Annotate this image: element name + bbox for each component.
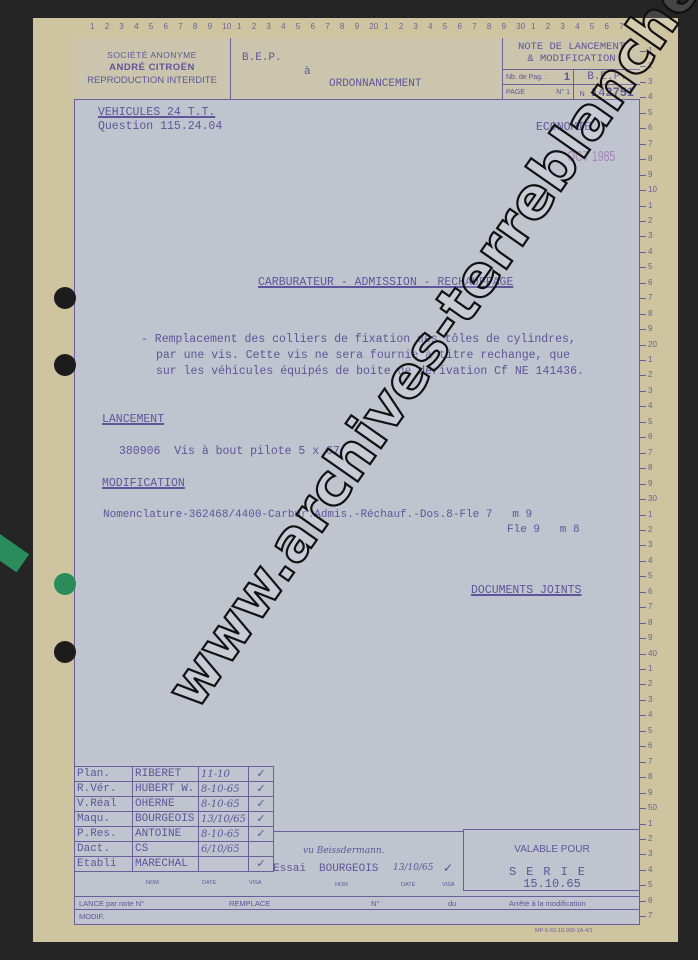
company-block: SOCIÉTÉ ANONYME ANDRÉ CITROËN REPRODUCTI… xyxy=(74,38,231,100)
col-date-label: DATE xyxy=(202,880,216,886)
ruler-tick: 5 xyxy=(648,726,652,735)
ruler-tick: 4 xyxy=(648,401,652,410)
ruler-tick: 7 xyxy=(648,602,652,611)
ruler-tick: 2 xyxy=(399,22,403,31)
signature-visa xyxy=(248,842,273,857)
ruler-tick: 9 xyxy=(648,479,652,488)
ruler-tick: 9 xyxy=(648,170,652,179)
ruler-tick: 30 xyxy=(516,22,525,31)
signature-date: 6/10/65 xyxy=(199,842,249,857)
col-visa-label: VISA xyxy=(442,882,455,888)
modification-heading: MODIFICATION xyxy=(102,477,185,490)
company-type: SOCIÉTÉ ANONYME xyxy=(74,50,230,60)
ruler-right: 1234567891012345678920123456789301234567… xyxy=(642,38,672,925)
signature-role: Maqu. xyxy=(75,812,133,827)
print-code: MP-5-63-10.000-1A-4/1 xyxy=(535,928,593,934)
signature-visa: ✓ xyxy=(248,782,273,797)
ruler-tick: 2 xyxy=(648,525,652,534)
essai-role: Essai xyxy=(273,863,306,875)
signature-row: V.RéalOHERNE8-10-65✓ xyxy=(75,797,274,812)
ruler-tick: 1 xyxy=(648,510,652,519)
punch-hole xyxy=(54,641,76,663)
signature-row: R.Vér.HUBERT W.8-10-65✓ xyxy=(75,782,274,797)
ruler-tick: 9 xyxy=(648,788,652,797)
ruler-tick: 5 xyxy=(590,22,594,31)
ruler-tick: 6 xyxy=(648,278,652,287)
ruler-tick: 3 xyxy=(560,22,564,31)
green-tab xyxy=(0,520,29,572)
ruler-tick: 7 xyxy=(648,911,652,920)
ruler-tick: 7 xyxy=(648,757,652,766)
ruler-tick: 8 xyxy=(648,309,652,318)
essai-note: vu Beissdermann. xyxy=(303,846,385,856)
ruler-tick: 8 xyxy=(487,22,491,31)
ruler-tick: 5 xyxy=(296,22,300,31)
ruler-tick: 5 xyxy=(648,417,652,426)
signature-name: OHERNE xyxy=(133,797,199,812)
ruler-tick: 4 xyxy=(648,865,652,874)
footer-lance-row: LANCE par note N° REMPLACE N° du Arrêté … xyxy=(74,896,640,909)
ruler-tick: 1 xyxy=(531,22,535,31)
ruler-tick: 1 xyxy=(237,22,241,31)
ruler-tick: 3 xyxy=(648,540,652,549)
col-nom-label: NOM xyxy=(335,882,348,888)
signature-name: MARECHAL xyxy=(133,857,199,872)
description-line: par une vis. Cette vis ne sera fournie à… xyxy=(156,349,570,362)
company-name: ANDRÉ CITROËN xyxy=(74,62,230,73)
signature-name: CS xyxy=(133,842,199,857)
sender-dept: B.E.P. xyxy=(242,52,282,64)
lancement-item: 380906 Vis à bout pilote 5 x 67 xyxy=(119,445,340,458)
modif-label: MODIF. xyxy=(79,912,104,921)
signature-name: HUBERT W. xyxy=(133,782,199,797)
ruler-tick: 9 xyxy=(648,324,652,333)
essai-block: vu Beissdermann. Essai BOURGEOIS 13/10/6… xyxy=(273,831,463,888)
ruler-tick: 9 xyxy=(355,22,359,31)
ruler-tick: 5 xyxy=(648,571,652,580)
ruler-tick: 1 xyxy=(90,22,94,31)
signature-visa: ✓ xyxy=(248,797,273,812)
serie-date: 15.10.65 xyxy=(464,877,640,891)
signature-row: P.Res.ANTOINE8-10-65✓ xyxy=(75,827,274,842)
ruler-tick: 9 xyxy=(648,633,652,642)
ruler-tick: 20 xyxy=(648,340,657,349)
signature-date xyxy=(199,857,249,872)
essai-date: 13/10/65 xyxy=(393,863,433,873)
ruler-tick: 6 xyxy=(648,896,652,905)
ruler-tick: 7 xyxy=(648,139,652,148)
ruler-tick: 7 xyxy=(472,22,476,31)
essai-name: BOURGEOIS xyxy=(319,863,378,875)
ruler-tick: 3 xyxy=(266,22,270,31)
signature-role: Plan. xyxy=(75,767,133,782)
ruler-tick: 6 xyxy=(164,22,168,31)
description-line: - Remplacement des colliers de fixation … xyxy=(141,333,576,346)
ruler-tick: 1 xyxy=(648,819,652,828)
signature-row: Dact.CS6/10/65 xyxy=(75,842,274,857)
ruler-tick: 6 xyxy=(648,587,652,596)
signature-role: R.Vér. xyxy=(75,782,133,797)
signature-row: Plan.RIBERET11-10✓ xyxy=(75,767,274,782)
ruler-tick: 9 xyxy=(502,22,506,31)
ruler-tick: 1 xyxy=(648,664,652,673)
col-visa-label: VISA xyxy=(249,880,262,886)
ruler-tick: 4 xyxy=(648,247,652,256)
signature-date: 8-10-65 xyxy=(199,797,249,812)
ruler-tick: 4 xyxy=(281,22,285,31)
ruler-tick: 2 xyxy=(648,834,652,843)
ruler-tick: 9 xyxy=(208,22,212,31)
ruler-tick: 2 xyxy=(252,22,256,31)
page-label: PAGE xyxy=(506,89,525,96)
valable-label: VALABLE POUR xyxy=(464,844,640,855)
nb-pages-value: 1 xyxy=(564,71,570,83)
ruler-tick: 3 xyxy=(413,22,417,31)
ruler-tick: 8 xyxy=(193,22,197,31)
signature-visa: ✓ xyxy=(248,812,273,827)
ruler-tick: 7 xyxy=(325,22,329,31)
nomenclature-line: Fle 9 m 8 xyxy=(507,524,580,536)
ruler-tick: 5 xyxy=(648,108,652,117)
recipient-dept: ORDONNANCEMENT xyxy=(329,78,421,90)
lancement-heading: LANCEMENT xyxy=(102,413,164,426)
ruler-tick: 50 xyxy=(648,803,657,812)
vehicle-heading: VEHICULES 24 T.T. xyxy=(98,106,215,119)
signature-visa: ✓ xyxy=(248,827,273,842)
signature-row: EtabliMARECHAL✓ xyxy=(75,857,274,872)
signature-visa: ✓ xyxy=(248,857,273,872)
signature-role: V.Réal xyxy=(75,797,133,812)
signature-role: Dact. xyxy=(75,842,133,857)
ruler-tick: 8 xyxy=(648,772,652,781)
to-prefix: à xyxy=(304,66,311,78)
ruler-tick: 1 xyxy=(648,201,652,210)
ruler-tick: 5 xyxy=(443,22,447,31)
ruler-tick: 8 xyxy=(340,22,344,31)
ruler-tick: 8 xyxy=(648,154,652,163)
essai-visa: ✓ xyxy=(443,861,453,876)
signature-table: Plan.RIBERET11-10✓R.Vér.HUBERT W.8-10-65… xyxy=(74,766,274,872)
ruler-tick: 4 xyxy=(648,710,652,719)
signature-name: RIBERET xyxy=(133,767,199,782)
documents-joints-heading: DOCUMENTS JOINTS xyxy=(471,584,581,597)
ruler-tick: 4 xyxy=(428,22,432,31)
ruler-tick: 2 xyxy=(648,216,652,225)
ruler-tick: 10 xyxy=(648,185,657,194)
signature-row: Maqu.BOURGEOIS13/10/65✓ xyxy=(75,812,274,827)
signature-visa: ✓ xyxy=(248,767,273,782)
ruler-tick: 20 xyxy=(369,22,378,31)
ruler-tick: 6 xyxy=(458,22,462,31)
punch-hole-green xyxy=(54,573,76,595)
ruler-tick: 8 xyxy=(648,618,652,627)
signature-date: 8-10-65 xyxy=(199,827,249,842)
ruler-tick: 1 xyxy=(648,355,652,364)
ruler-tick: 7 xyxy=(648,448,652,457)
ruler-tick: 6 xyxy=(311,22,315,31)
ruler-tick: 2 xyxy=(648,370,652,379)
ruler-tick: 1 xyxy=(384,22,388,31)
ruler-tick: 3 xyxy=(119,22,123,31)
ruler-tick: 2 xyxy=(546,22,550,31)
ruler-tick: 3 xyxy=(648,695,652,704)
ruler-tick: 2 xyxy=(105,22,109,31)
ruler-tick: 6 xyxy=(648,123,652,132)
ruler-tick: 30 xyxy=(648,494,657,503)
ruler-tick: 40 xyxy=(648,649,657,658)
col-date-label: DATE xyxy=(401,882,415,888)
lance-label: LANCE par note N° xyxy=(79,899,144,908)
ruler-tick: 3 xyxy=(648,849,652,858)
signature-date: 13/10/65 xyxy=(199,812,249,827)
signature-name: BOURGEOIS xyxy=(133,812,199,827)
ruler-tick: 8 xyxy=(648,463,652,472)
valable-block: VALABLE POUR SERIE 15.10.65 xyxy=(463,829,640,891)
ruler-tick: 7 xyxy=(648,293,652,302)
nb-pages-label: Nb. de Pag. : xyxy=(506,74,547,81)
ruler-tick: 5 xyxy=(648,262,652,271)
form-header: SOCIÉTÉ ANONYME ANDRÉ CITROËN REPRODUCTI… xyxy=(74,38,640,100)
ruler-tick: 3 xyxy=(648,386,652,395)
ruler-tick: 4 xyxy=(134,22,138,31)
ruler-tick: 5 xyxy=(648,880,652,889)
col-nom-label: NOM xyxy=(146,880,159,886)
no-label: N° xyxy=(371,899,379,908)
ruler-tick: 5 xyxy=(149,22,153,31)
signature-date: 11-10 xyxy=(199,767,249,782)
punch-hole xyxy=(54,287,76,309)
signature-role: P.Res. xyxy=(75,827,133,842)
ruler-tick: 10 xyxy=(222,22,231,31)
ruler-tick: 6 xyxy=(648,432,652,441)
signature-name: ANTOINE xyxy=(133,827,199,842)
ruler-tick: 6 xyxy=(648,741,652,750)
ruler-top: 1234567891012345678920123456789301234567 xyxy=(74,22,640,38)
remplace-label: REMPLACE xyxy=(229,899,270,908)
footer-modif-row: MODIF. xyxy=(74,909,640,922)
question-ref: Question 115.24.04 xyxy=(98,120,222,133)
ruler-tick: 6 xyxy=(605,22,609,31)
ruler-tick: 7 xyxy=(178,22,182,31)
signature-role: Etabli xyxy=(75,857,133,872)
ruler-tick: 2 xyxy=(648,679,652,688)
ruler-tick: 4 xyxy=(648,556,652,565)
arrete-label: Arrêté à la modification xyxy=(509,899,586,908)
reproduction-notice: REPRODUCTION INTERDITE xyxy=(74,75,230,86)
signature-date: 8-10-65 xyxy=(199,782,249,797)
punch-hole xyxy=(54,354,76,376)
ruler-tick: 3 xyxy=(648,231,652,240)
ruler-tick: 4 xyxy=(575,22,579,31)
du-label: du xyxy=(448,899,456,908)
ruler-tick: 4 xyxy=(648,92,652,101)
